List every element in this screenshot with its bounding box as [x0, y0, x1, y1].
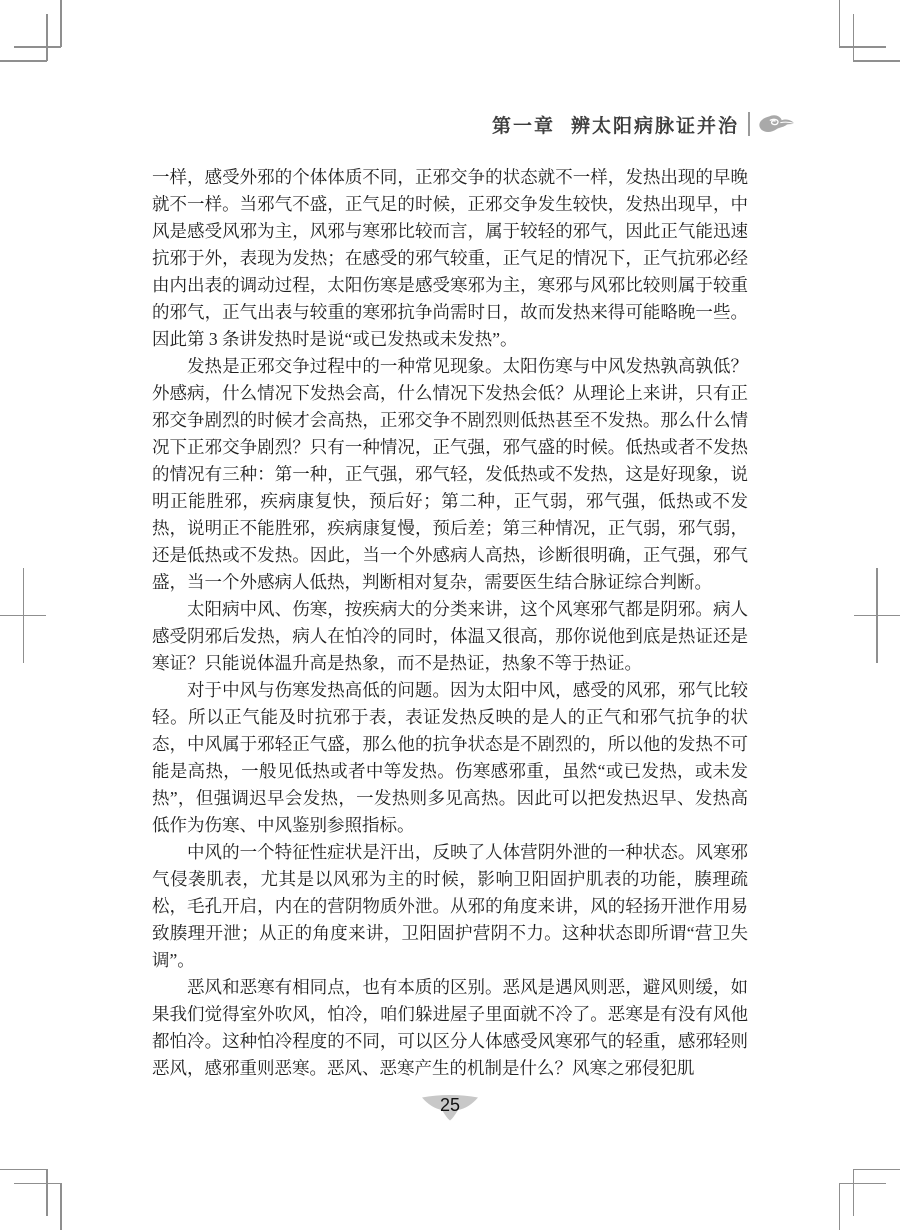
crop-mark — [853, 1169, 900, 1171]
page-header: 第一章 辨太阳病脉证并治 — [0, 110, 795, 138]
chapter-title: 辨太阳病脉证并治 — [571, 111, 739, 138]
paragraph: 太阳病中风、伤寒，按疾病大的分类来讲，这个风寒邪气都是阴邪。病人感受阴邪后发热，… — [152, 596, 748, 677]
book-page: 第一章 辨太阳病脉证并治 一样，感受外邪的个体体质不同，正邪交争的状态就不一样，… — [0, 0, 900, 1230]
crop-mark — [0, 60, 47, 62]
cloud-icon — [757, 114, 795, 135]
crop-mark — [46, 1169, 48, 1216]
crop-mark — [14, 46, 61, 48]
crop-mark — [0, 1169, 47, 1171]
crop-mark — [839, 1183, 841, 1230]
paragraph: 发热是正邪交争过程中的一种常见现象。太阳伤寒与中风发热孰高孰低？外感病，什么情况… — [152, 353, 748, 596]
crop-mark — [853, 14, 855, 61]
crop-mark — [14, 1183, 61, 1185]
body-text: 一样，感受外邪的个体体质不同，正邪交争的状态就不一样，发热出现的早晚就不一样。当… — [152, 164, 748, 1082]
header-divider — [748, 112, 750, 136]
page-footer: 25 — [0, 1094, 900, 1124]
registration-cross-horizontal — [854, 615, 900, 617]
page-number: 25 — [421, 1095, 479, 1116]
crop-mark — [839, 0, 841, 47]
chapter-number: 第一章 — [492, 111, 555, 138]
crop-mark — [839, 1183, 886, 1185]
crop-mark — [839, 46, 886, 48]
paragraph: 一样，感受外邪的个体体质不同，正邪交争的状态就不一样，发热出现的早晚就不一样。当… — [152, 164, 748, 353]
crop-mark — [853, 1169, 855, 1216]
registration-cross-horizontal — [0, 615, 46, 617]
paragraph: 恶风和恶寒有相同点，也有本质的区别。恶风是遇风则恶，避风则缓，如果我们觉得室外吹… — [152, 974, 748, 1082]
crop-mark — [60, 1183, 62, 1230]
crop-mark — [853, 60, 900, 62]
crop-mark — [46, 14, 48, 61]
paragraph: 中风的一个特征性症状是汗出，反映了人体营阴外泄的一种状态。风寒邪气侵袭肌表，尤其… — [152, 839, 748, 974]
crop-mark — [60, 0, 62, 47]
paragraph: 对于中风与伤寒发热高低的问题。因为太阳中风，感受的风邪，邪气比较轻。所以正气能及… — [152, 677, 748, 839]
